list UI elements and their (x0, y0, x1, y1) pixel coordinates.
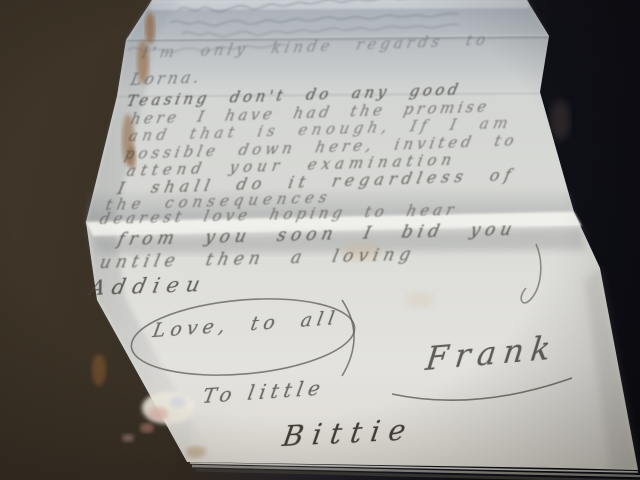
foxing-stain-low (92, 354, 106, 386)
script-line-adieu: Addieu (87, 272, 209, 300)
seal-mark-blue (170, 396, 186, 408)
photo-of-folded-letter: I'm only kinde regards to Lorna. Teasing… (0, 0, 640, 480)
seal-mark-red-1 (148, 407, 168, 421)
seal-mark-red-3 (122, 434, 134, 442)
script-line-salutation: Lorna. (129, 67, 204, 89)
tan-blotch-3 (550, 100, 570, 140)
embossed-seal-mark (142, 392, 194, 424)
tan-blotch-2 (406, 292, 434, 308)
seal-mark-red-2 (140, 423, 154, 433)
foxing-stain-corner (186, 446, 206, 458)
foxing-stain-top-1 (145, 12, 155, 44)
